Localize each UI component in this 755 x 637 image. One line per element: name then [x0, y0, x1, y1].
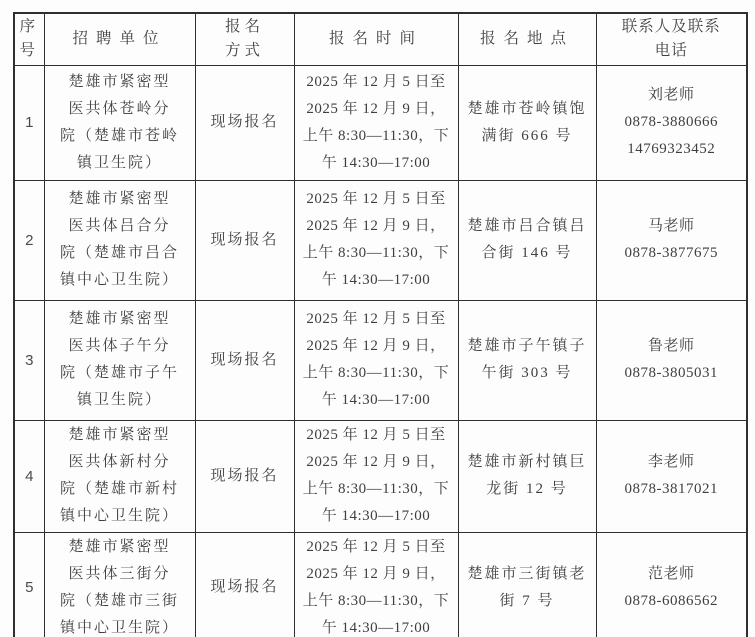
- table-row: 2 楚雄市紧密型 医共体吕合分 院（楚雄市吕合 镇中心卫生院） 现场报名 202…: [14, 180, 747, 300]
- table-body: 1 楚雄市紧密型 医共体苍岭分 院（楚雄市苍岭 镇卫生院） 现场报名 2025 …: [14, 65, 747, 637]
- time-cell: 2025 年 12 月 5 日至 2025 年 12 月 9 日， 上午 8:3…: [294, 420, 458, 532]
- table-header: 序 号 招聘单位 报名 方式 报名时间 报名地点 联系人及联系 电话: [14, 13, 747, 65]
- header-time: 报名时间: [294, 13, 458, 65]
- location-cell: 楚雄市子午镇子 午街 303 号: [458, 300, 596, 420]
- row-number-cell: 5: [14, 532, 44, 637]
- table-row: 3 楚雄市紧密型 医共体子午分 院（楚雄市子午 镇卫生院） 现场报名 2025 …: [14, 300, 747, 420]
- row-number-cell: 4: [14, 420, 44, 532]
- header-no: 序 号: [14, 13, 44, 65]
- time-cell: 2025 年 12 月 5 日至 2025 年 12 月 9 日， 上午 8:3…: [294, 300, 458, 420]
- location-cell: 楚雄市苍岭镇饱 满街 666 号: [458, 65, 596, 180]
- header-row: 序 号 招聘单位 报名 方式 报名时间 报名地点 联系人及联系 电话: [14, 13, 747, 65]
- time-cell: 2025 年 12 月 5 日至 2025 年 12 月 9 日， 上午 8:3…: [294, 65, 458, 180]
- contact-cell: 李老师 0878-3817021: [596, 420, 747, 532]
- contact-cell: 鲁老师 0878-3805031: [596, 300, 747, 420]
- header-location: 报名地点: [458, 13, 596, 65]
- table-row: 1 楚雄市紧密型 医共体苍岭分 院（楚雄市苍岭 镇卫生院） 现场报名 2025 …: [14, 65, 747, 180]
- document-page: 序 号 招聘单位 报名 方式 报名时间 报名地点 联系人及联系 电话 1 楚雄市…: [0, 0, 755, 637]
- method-cell: 现场报名: [195, 180, 294, 300]
- row-number-cell: 1: [14, 65, 44, 180]
- time-cell: 2025 年 12 月 5 日至 2025 年 12 月 9 日， 上午 8:3…: [294, 180, 458, 300]
- contact-cell: 刘老师 0878-3880666 14769323452: [596, 65, 747, 180]
- method-cell: 现场报名: [195, 300, 294, 420]
- recruitment-table: 序 号 招聘单位 报名 方式 报名时间 报名地点 联系人及联系 电话 1 楚雄市…: [13, 12, 748, 637]
- method-cell: 现场报名: [195, 65, 294, 180]
- header-unit: 招聘单位: [44, 13, 195, 65]
- table-row: 5 楚雄市紧密型 医共体三街分 院（楚雄市三街 镇中心卫生院） 现场报名 202…: [14, 532, 747, 637]
- location-cell: 楚雄市新村镇巨 龙街 12 号: [458, 420, 596, 532]
- unit-cell: 楚雄市紧密型 医共体新村分 院（楚雄市新村 镇中心卫生院）: [44, 420, 195, 532]
- contact-cell: 马老师 0878-3877675: [596, 180, 747, 300]
- table-row: 4 楚雄市紧密型 医共体新村分 院（楚雄市新村 镇中心卫生院） 现场报名 202…: [14, 420, 747, 532]
- unit-cell: 楚雄市紧密型 医共体子午分 院（楚雄市子午 镇卫生院）: [44, 300, 195, 420]
- location-cell: 楚雄市三街镇老 街 7 号: [458, 532, 596, 637]
- row-number-cell: 2: [14, 180, 44, 300]
- time-cell: 2025 年 12 月 5 日至 2025 年 12 月 9 日， 上午 8:3…: [294, 532, 458, 637]
- header-contact: 联系人及联系 电话: [596, 13, 747, 65]
- header-method: 报名 方式: [195, 13, 294, 65]
- method-cell: 现场报名: [195, 420, 294, 532]
- row-number-cell: 3: [14, 300, 44, 420]
- location-cell: 楚雄市吕合镇吕 合街 146 号: [458, 180, 596, 300]
- unit-cell: 楚雄市紧密型 医共体三街分 院（楚雄市三街 镇中心卫生院）: [44, 532, 195, 637]
- unit-cell: 楚雄市紧密型 医共体吕合分 院（楚雄市吕合 镇中心卫生院）: [44, 180, 195, 300]
- method-cell: 现场报名: [195, 532, 294, 637]
- unit-cell: 楚雄市紧密型 医共体苍岭分 院（楚雄市苍岭 镇卫生院）: [44, 65, 195, 180]
- contact-cell: 范老师 0878-6086562: [596, 532, 747, 637]
